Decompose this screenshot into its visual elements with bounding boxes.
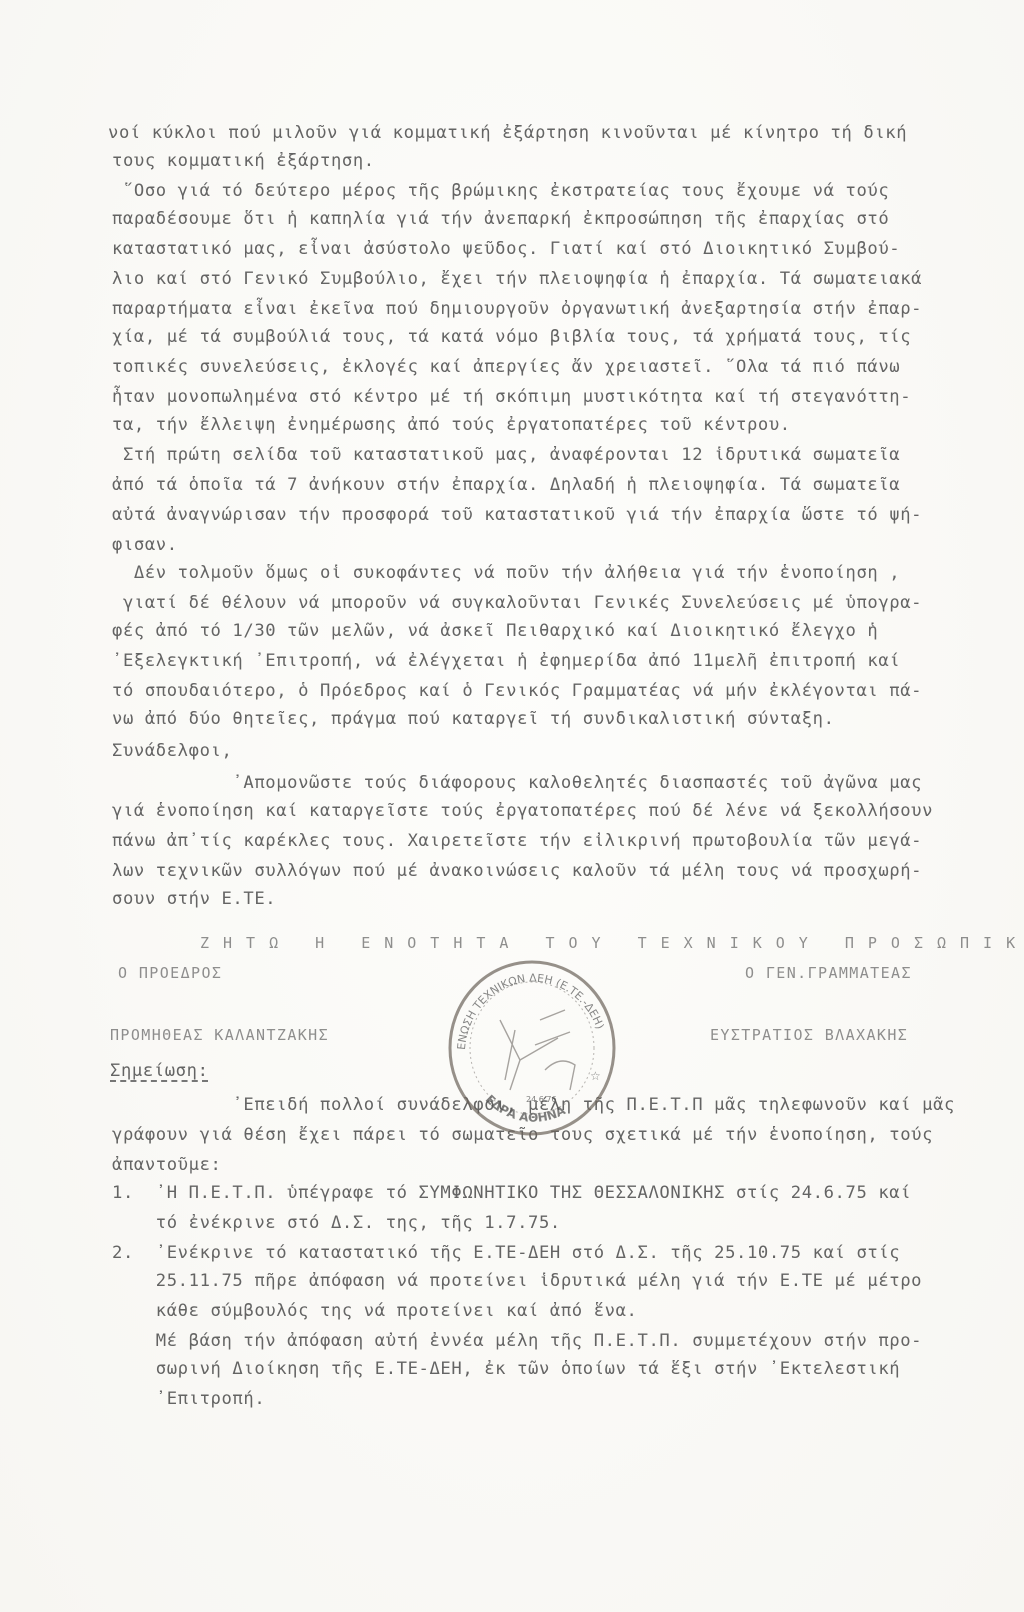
note-line: κάθε σύμβουλός της νά προτείνει καί ἀπό … <box>112 1300 638 1322</box>
body-line: φισαν. <box>112 534 178 556</box>
body-line: πάνω ἀπ᾽τίς καρέκλες τους. Χαιρετεῖστε τ… <box>112 830 922 852</box>
body-line: γιά ἑνοποίηση καί καταργεῖστε τούς ἐργατ… <box>112 800 933 822</box>
union-stamp: ΕΝΩΣΗ ΤΕΧΝΙΚΩΝ ΔΕΗ (Ε.ΤΕ.-ΔΕΗ) ΕΔΡΑ ΑΘΗΝ… <box>440 950 620 1140</box>
body-line: φές ἀπό τό 1/30 τῶν μελῶν, νά ἀσκεῖ Πειθ… <box>112 620 878 642</box>
body-line: ἀπό τά ὁποῖα τά 7 ἀνήκουν στήν ἐπαρχία. … <box>112 474 900 496</box>
body-line: λιο καί στό Γενικό Συμβούλιο, ἔχει τήν π… <box>112 268 922 290</box>
body-line: παραδέσουμε ὅτι ἡ καπηλία γιά τήν ἀνεπαρ… <box>112 208 889 230</box>
note-line: Μέ βάση τήν ἀπόφαση αὐτή ἐννέα μέλη τῆς … <box>112 1330 922 1352</box>
body-line: καταστατικό μας, εἶναι ἀσύστολο ψεῦδος. … <box>112 238 900 260</box>
note-line: σωρινή Διοίκηση τῆς Ε.ΤΕ-ΔΕΗ, ἐκ τῶν ὁπο… <box>112 1358 900 1380</box>
body-line: τοπικές συνελεύσεις, ἐκλογές καί ἀπεργίε… <box>112 356 900 378</box>
note-line: ἀπαντοῦμε: <box>112 1154 221 1176</box>
body-line: Δέν τολμοῦν ὅμως οἱ συκοφάντες νά ποῦν τ… <box>112 562 900 584</box>
body-line: ῞Οσο γιά τό δεύτερο μέρος τῆς βρώμικης ἐ… <box>112 180 889 202</box>
body-line: Συνάδελφοι, <box>112 740 232 762</box>
body-line: νω ἀπό δύο θητεῖες, πράγμα πού καταργεῖ … <box>112 708 835 730</box>
body-line: τό σπουδαιότερο, ὁ Πρόεδρος καί ὁ Γενικό… <box>112 680 922 702</box>
body-line: σουν στήν Ε.ΤΕ. <box>112 888 276 910</box>
body-line: ᾽Απομονῶστε τούς διάφορους καλοθελητές δ… <box>112 772 922 794</box>
body-line: γιατί δέ θέλουν νά μποροῦν νά συγκαλοῦντ… <box>112 592 922 614</box>
body-line: ᾽Εξελεγκτική ᾽Επιτροπή, νά ἐλέγχεται ἡ ἐ… <box>112 650 900 672</box>
svg-text:☆: ☆ <box>590 1069 601 1083</box>
body-line: αὐτά ἀναγνώρισαν τήν προσφορά τοῦ καταστ… <box>112 504 922 526</box>
note-heading: Σημείωση: <box>110 1060 209 1082</box>
body-line: λων τεχνικῶν συλλόγων πού μέ ἀνακοινώσει… <box>112 860 922 882</box>
body-line: ἦταν μονοπωλημένα στό κέντρο μέ τή σκόπι… <box>112 386 911 408</box>
signature-left-name: ΠΡΟΜΗΘΕΑΣ ΚΑΛΑΝΤΖΑΚΗΣ <box>110 1024 329 1046</box>
body-line: νοί κύκλοι πού μιλοῦν γιά κομματική ἐξάρ… <box>108 122 907 144</box>
note-line: ᾽Επιτροπή. <box>112 1388 265 1410</box>
signature-left-title: Ο ΠΡΟΕΔΡΟΣ <box>118 962 222 984</box>
body-line: Στή πρώτη σελίδα τοῦ καταστατικοῦ μας, ἀ… <box>112 444 900 466</box>
body-line: χία, μέ τά συμβούλιά τους, τά κατά νόμο … <box>112 326 911 348</box>
body-line: τα, τήν ἔλλειψη ἐνημέρωσης ἀπό τούς ἐργα… <box>112 414 791 436</box>
note-line: 25.11.75 πῆρε ἀπόφαση νά προτείνει ἱδρυτ… <box>112 1270 922 1292</box>
note-line: 1. ᾽Η Π.Ε.Τ.Π. ὑπέγραφε τό ΣΥΜΦΩΝΗΤΙΚΟ Τ… <box>112 1182 911 1204</box>
stamp-seal-icon: ΕΝΩΣΗ ΤΕΧΝΙΚΩΝ ΔΕΗ (Ε.ΤΕ.-ΔΕΗ) ΕΔΡΑ ΑΘΗΝ… <box>440 950 620 1140</box>
svg-text:24.6.76: 24.6.76 <box>526 1095 557 1104</box>
body-line: παραρτήματα εἶναι ἐκεῖνα πού δημιουργοῦν… <box>112 298 922 320</box>
signature-right-name: ΕΥΣΤΡΑΤΙΟΣ ΒΛΑΧΑΚΗΣ <box>710 1024 908 1046</box>
scanned-document-page: νοί κύκλοι πού μιλοῦν γιά κομματική ἐξάρ… <box>0 0 1024 1612</box>
note-line: 2. ᾽Ενέκρινε τό καταστατικό τῆς Ε.ΤΕ-ΔΕΗ… <box>112 1242 900 1264</box>
signature-right-title: Ο ΓΕΝ.ΓΡΑΜΜΑΤΕΑΣ <box>745 962 912 984</box>
body-line: τους κομματική ἐξάρτηση. <box>112 150 375 172</box>
note-line: τό ἐνέκρινε στό Δ.Σ. της, τῆς 1.7.75. <box>112 1212 561 1234</box>
